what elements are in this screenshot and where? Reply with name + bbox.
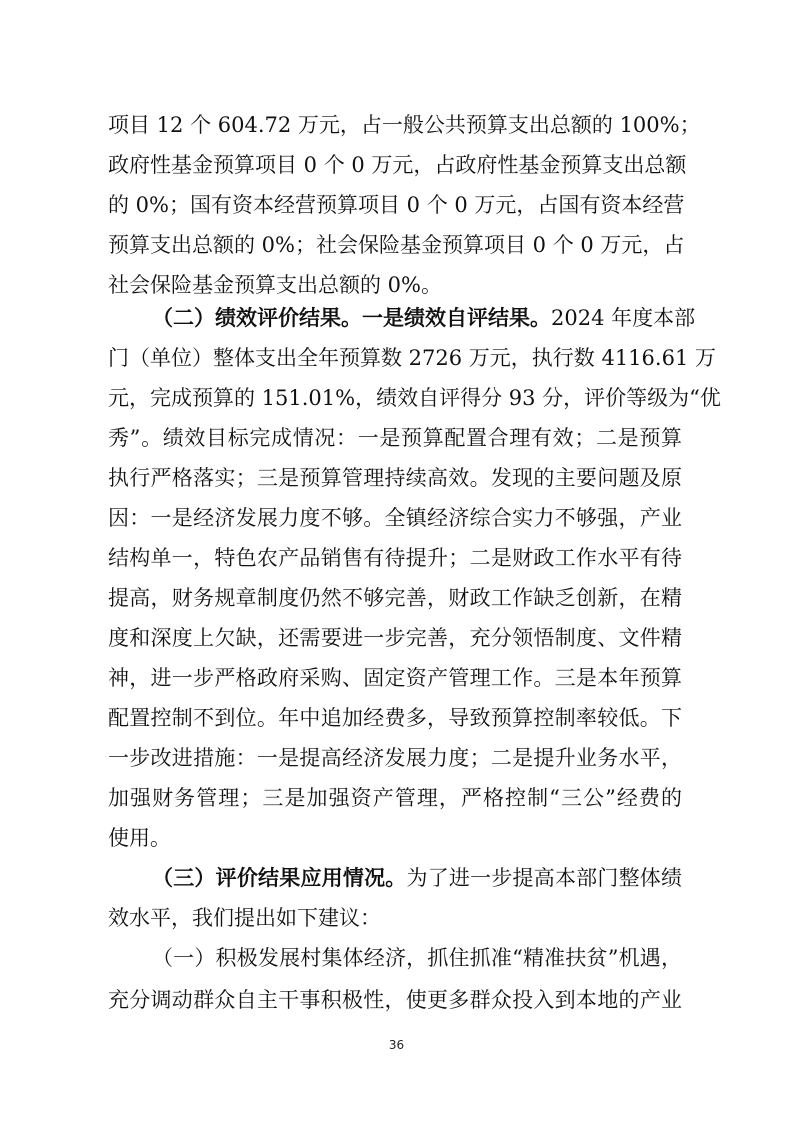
page-number: 36 (0, 1038, 793, 1052)
paragraph-1-line-4: 预算支出总额的 0%；社会保险基金预算项目 0 个 0 万元，占 (108, 229, 682, 261)
paragraph-2-line-13: 加强财务管理；三是加强资产管理，严格控制“三公”经费的 (108, 782, 682, 814)
paragraph-4-first-line: （一）积极发展村集体经济，抓住抓准“精准扶贫”机遇， (152, 942, 682, 974)
section-heading-2: （二）绩效评价结果。一是绩效自评结果。 (152, 306, 551, 330)
paragraph-2-line-11: 配置控制不到位。年中追加经费多，导致预算控制率较低。下 (108, 702, 682, 734)
paragraph-1-line-2: 政府性基金预算项目 0 个 0 万元，占政府性基金预算支出总额 (108, 149, 682, 181)
paragraph-2-first-line: （二）绩效评价结果。一是绩效自评结果。2024 年度本部 (152, 302, 682, 334)
paragraph-2-line-3: 元，完成预算的 151.01%，绩效自评得分 93 分，评价等级为“优 (108, 382, 682, 414)
paragraph-4-line-2: 充分调动群众自主干事积极性，使更多群众投入到本地的产业 (108, 984, 682, 1016)
paragraph-2-line-8: 提高，财务规章制度仍然不够完善，财政工作缺乏创新，在精 (108, 582, 682, 614)
paragraph-2-line-7: 结构单一，特色农产品销售有待提升；二是财政工作水平有待 (108, 542, 682, 574)
paragraph-3-line-2: 效水平，我们提出如下建议： (108, 902, 682, 934)
paragraph-2-line-6: 因：一是经济发展力度不够。全镇经济综合实力不够强，产业 (108, 502, 682, 534)
paragraph-2-line-12: 一步改进措施：一是提高经济发展力度；二是提升业务水平， (108, 742, 682, 774)
paragraph-3-first-line-text: 为了进一步提高本部门整体绩 (407, 866, 683, 890)
paragraph-2-first-line-text: 2024 年度本部 (551, 306, 695, 330)
paragraph-2-line-14: 使用。 (108, 822, 682, 854)
paragraph-2-line-2: 门（单位）整体支出全年预算数 2726 万元，执行数 4116.61 万 (108, 342, 682, 374)
paragraph-2-line-10: 神，进一步严格政府采购、固定资产管理工作。三是本年预算 (108, 662, 682, 694)
paragraph-2-line-5: 执行严格落实；三是预算管理持续高效。发现的主要问题及原 (108, 462, 682, 494)
paragraph-2-line-9: 度和深度上欠缺，还需要进一步完善，充分领悟制度、文件精 (108, 622, 682, 654)
paragraph-1-line-1: 项目 12 个 604.72 万元，占一般公共预算支出总额的 100%； (108, 109, 682, 141)
section-heading-3: （三）评价结果应用情况。 (152, 866, 407, 890)
document-page: 项目 12 个 604.72 万元，占一般公共预算支出总额的 100%； 政府性… (0, 0, 793, 1122)
paragraph-1-line-5: 社会保险基金预算支出总额的 0%。 (108, 269, 682, 301)
paragraph-1-line-3: 的 0%；国有资本经营预算项目 0 个 0 万元，占国有资本经营 (108, 189, 682, 221)
paragraph-3-first-line: （三）评价结果应用情况。为了进一步提高本部门整体绩 (152, 862, 682, 894)
paragraph-2-line-4: 秀”。绩效目标完成情况：一是预算配置合理有效；二是预算 (108, 422, 682, 454)
